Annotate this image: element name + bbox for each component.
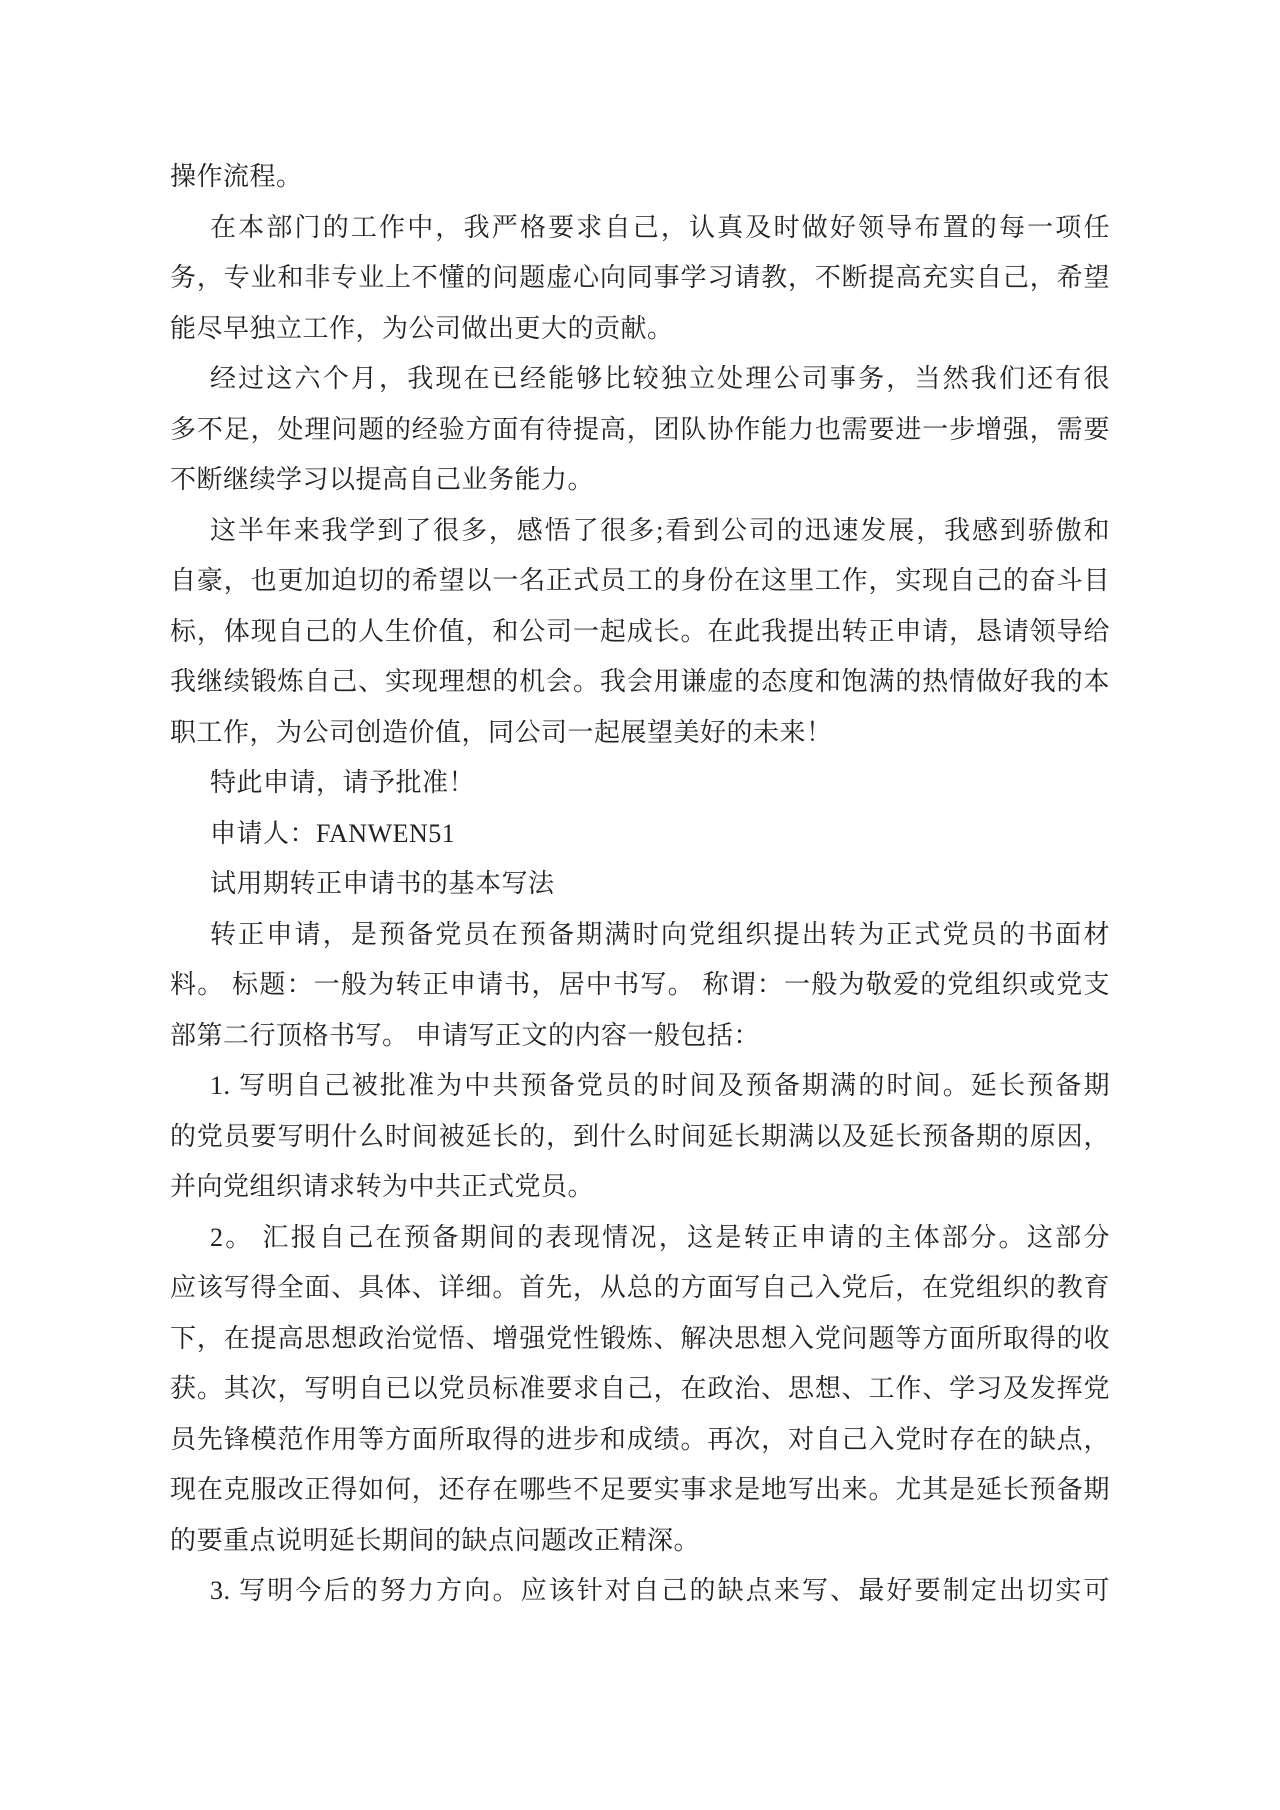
text-line: 2。 汇报自己在预备期间的表现情况，这是转正申请的主体部分。这部分 [170,1213,1110,1264]
text-line: 试用期转正申请书的基本写法 [170,859,1110,910]
document-page: 操作流程。在本部门的工作中，我严格要求自己，认真及时做好领导布置的每一项任务，专… [0,0,1280,1810]
text-line: 这半年来我学到了很多，感悟了很多;看到公司的迅速发展，我感到骄傲和 [170,506,1110,557]
text-line: 下，在提高思想政治觉悟、增强党性锻炼、解决思想入党问题等方面所取得的收 [170,1314,1110,1365]
text-line: 自豪，也更加迫切的希望以一名正式员工的身份在这里工作，实现自己的奋斗目 [170,556,1110,607]
text-line: 现在克服改正得如何，还存在哪些不足要实事求是地写出来。尤其是延长预备期 [170,1465,1110,1516]
text-line: 经过这六个月，我现在已经能够比较独立处理公司事务，当然我们还有很 [170,354,1110,405]
text-line: 料。 标题：一般为转正申请书，居中书写。 称谓：一般为敬爱的党组织或党支 [170,960,1110,1011]
text-line: 务，专业和非专业上不懂的问题虚心向同事学习请教，不断提高充实自己，希望 [170,253,1110,304]
text-line: 操作流程。 [170,152,1110,203]
text-line: 并向党组织请求转为中共正式党员。 [170,1162,1110,1213]
text-line: 3. 写明今后的努力方向。应该针对自己的缺点来写、最好要制定出切实可 [170,1566,1110,1617]
text-line: 转正申请，是预备党员在预备期满时向党组织提出转为正式党员的书面材 [170,910,1110,961]
text-line: 1. 写明自己被批准为中共预备党员的时间及预备期满的时间。延长预备期 [170,1061,1110,1112]
text-line: 员先锋模范作用等方面所取得的进步和成绩。再次，对自己入党时存在的缺点， [170,1415,1110,1466]
text-line: 获。其次，写明自已以党员标准要求自己，在政治、思想、工作、学习及发挥党 [170,1364,1110,1415]
text-line: 应该写得全面、具体、详细。首先，从总的方面写自己入党后，在党组织的教育 [170,1263,1110,1314]
text-line: 在本部门的工作中，我严格要求自己，认真及时做好领导布置的每一项任 [170,203,1110,254]
text-line: 标，体现自己的人生价值，和公司一起成长。在此我提出转正申请，恳请领导给 [170,607,1110,658]
text-line: 职工作，为公司创造价值，同公司一起展望美好的未来！ [170,708,1110,759]
text-line: 的要重点说明延长期间的缺点问题改正精深。 [170,1516,1110,1567]
text-line: 的党员要写明什么时间被延长的，到什么时间延长期满以及延长预备期的原因， [170,1112,1110,1163]
text-line: 特此申请，请予批准！ [170,758,1110,809]
document-text-body: 操作流程。在本部门的工作中，我严格要求自己，认真及时做好领导布置的每一项任务，专… [170,152,1110,1617]
text-line: 多不足，处理问题的经验方面有待提高，团队协作能力也需要进一步增强，需要 [170,405,1110,456]
text-line: 申请人：FANWEN51 [170,809,1110,860]
text-line: 我继续锻炼自己、实现理想的机会。我会用谦虚的态度和饱满的热情做好我的本 [170,657,1110,708]
text-line: 能尽早独立工作，为公司做出更大的贡献。 [170,304,1110,355]
text-line: 部第二行顶格书写。 申请写正文的内容一般包括： [170,1011,1110,1062]
text-line: 不断继续学习以提高自己业务能力。 [170,455,1110,506]
